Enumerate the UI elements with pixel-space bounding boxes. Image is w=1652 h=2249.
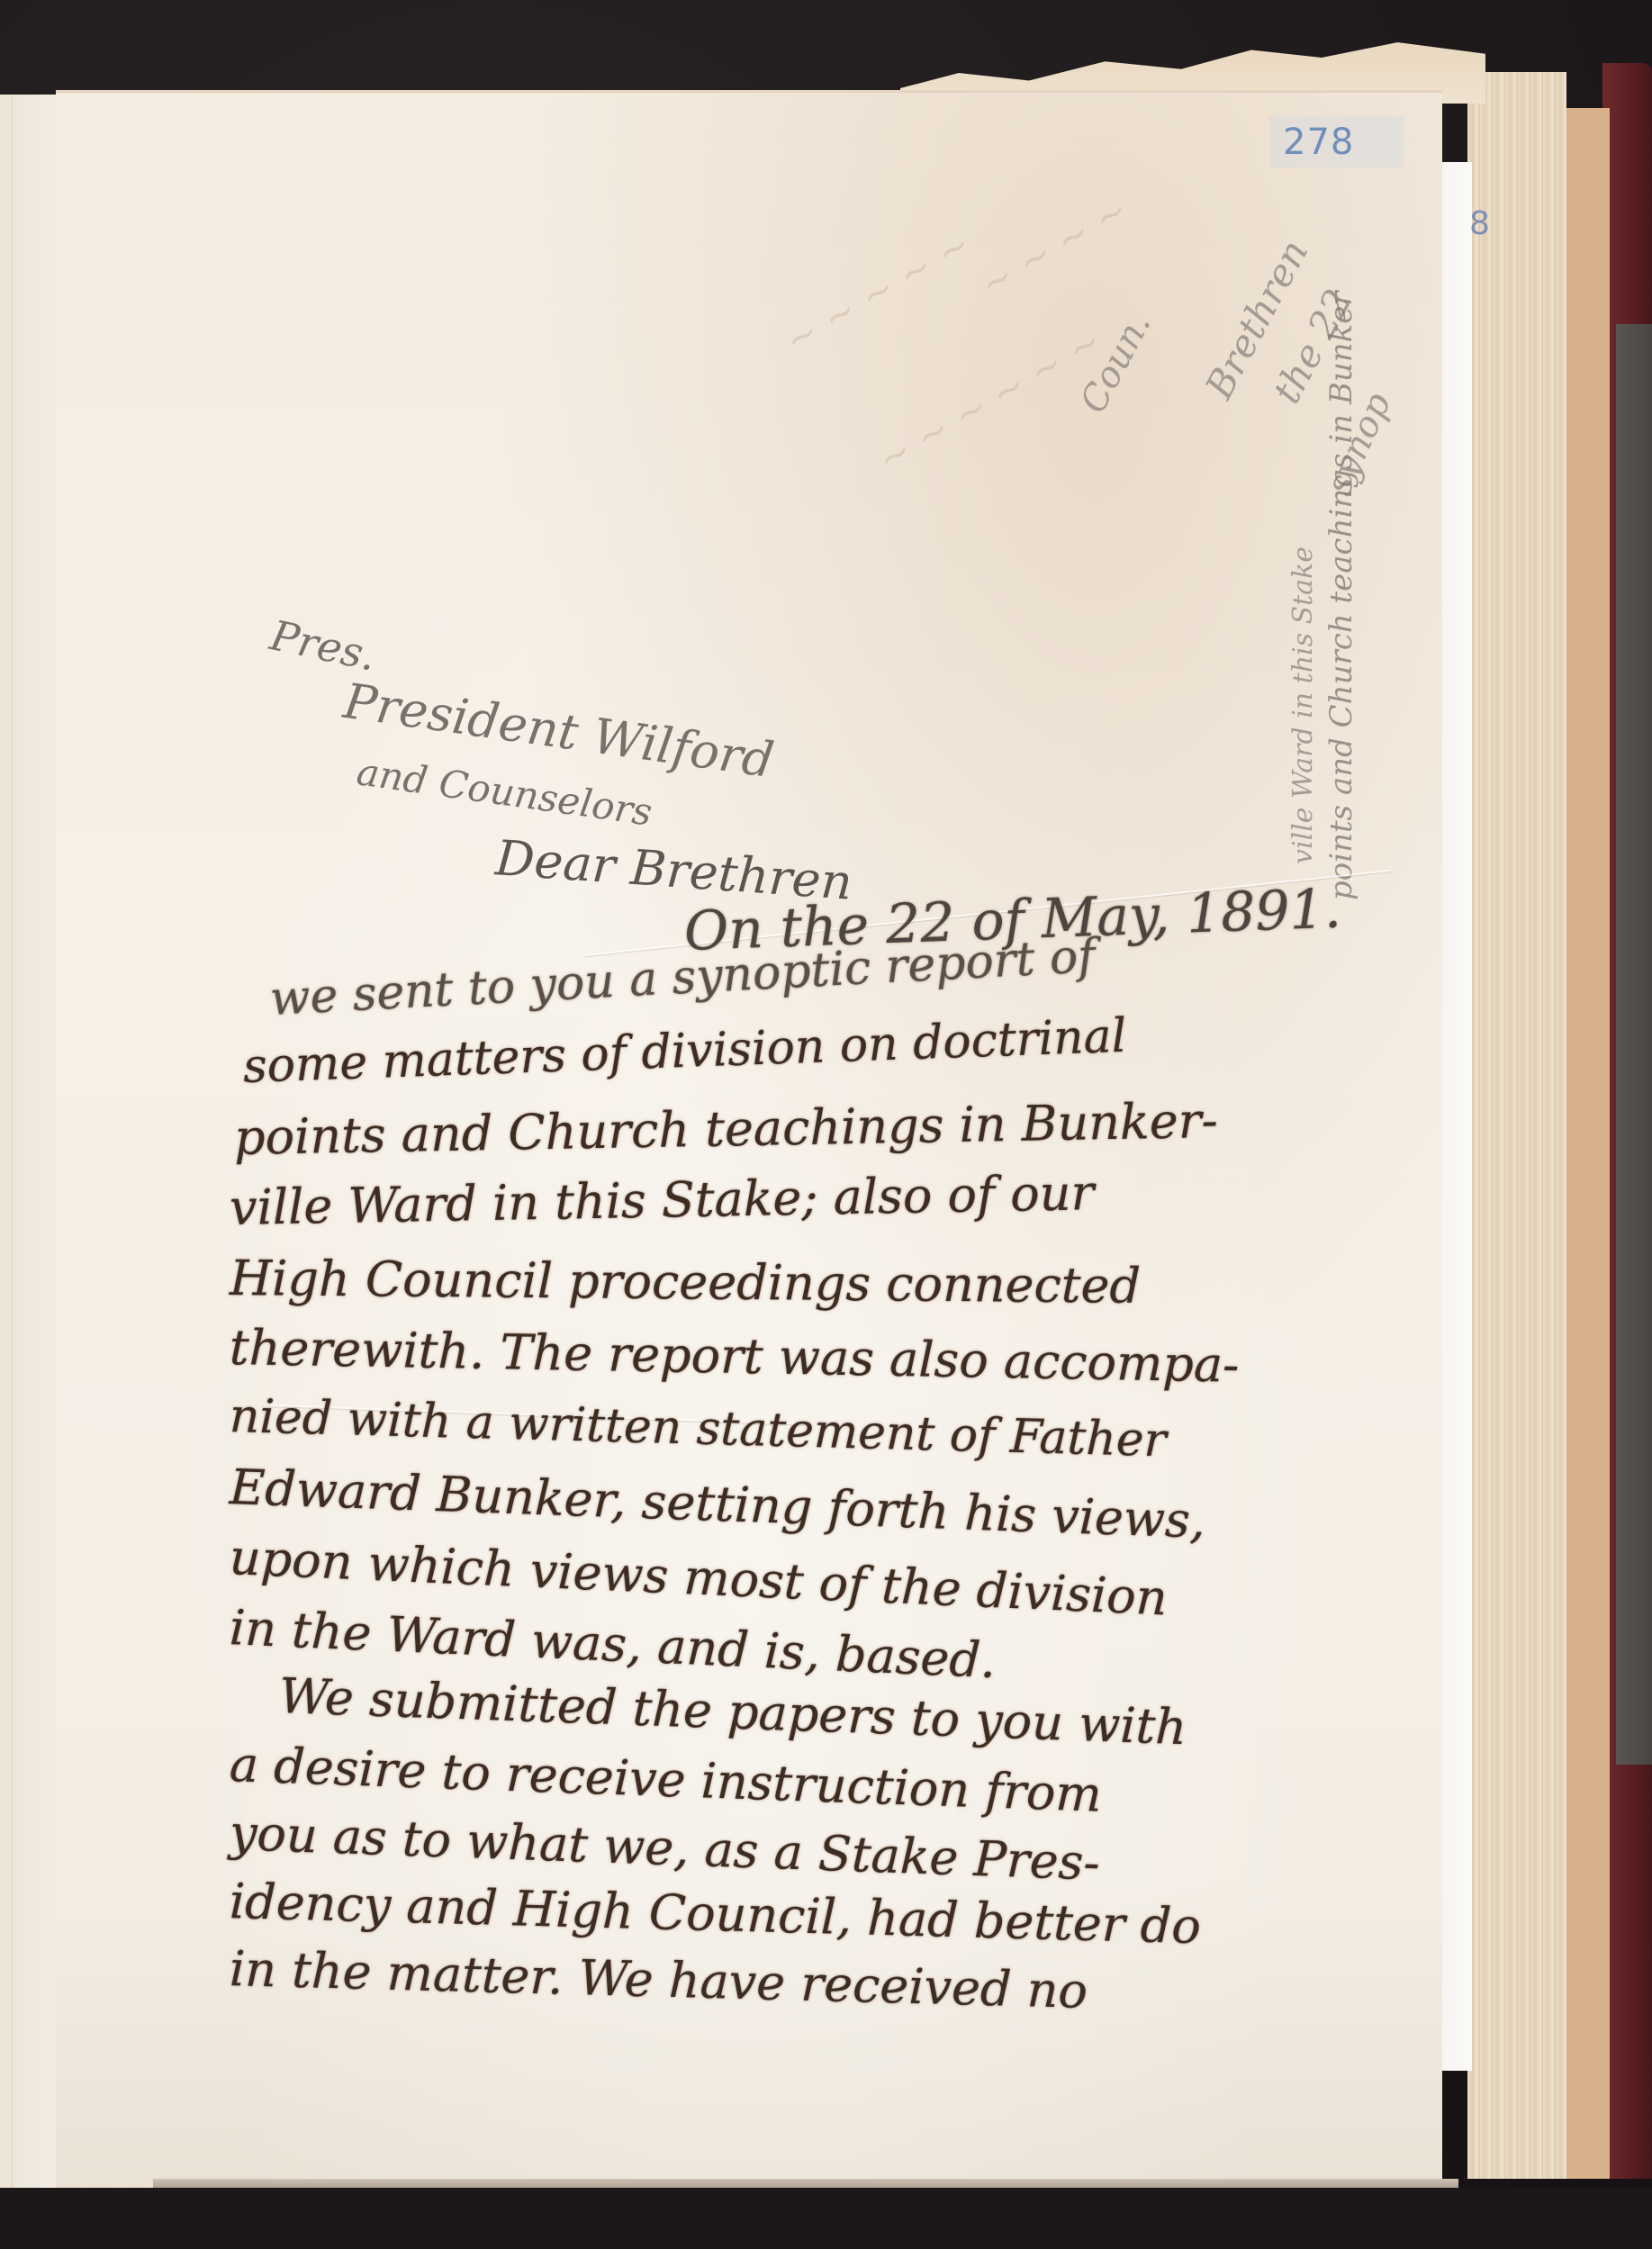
book-spine-cloth (1616, 324, 1652, 1765)
pencil-margin-note: points and Church teachings in Bunker (1323, 291, 1359, 900)
letter-line: High Council proceedings connected (230, 1250, 1142, 1314)
gutter-line (11, 95, 13, 2201)
pencil-margin-note: ville Ward in this Stake (1287, 546, 1319, 864)
next-leaf-folio: 8 (1469, 205, 1490, 242)
folio-number: 278 (1283, 122, 1354, 163)
page-stack-edges (1467, 72, 1566, 2179)
scan-background-bottom (0, 2188, 1652, 2249)
